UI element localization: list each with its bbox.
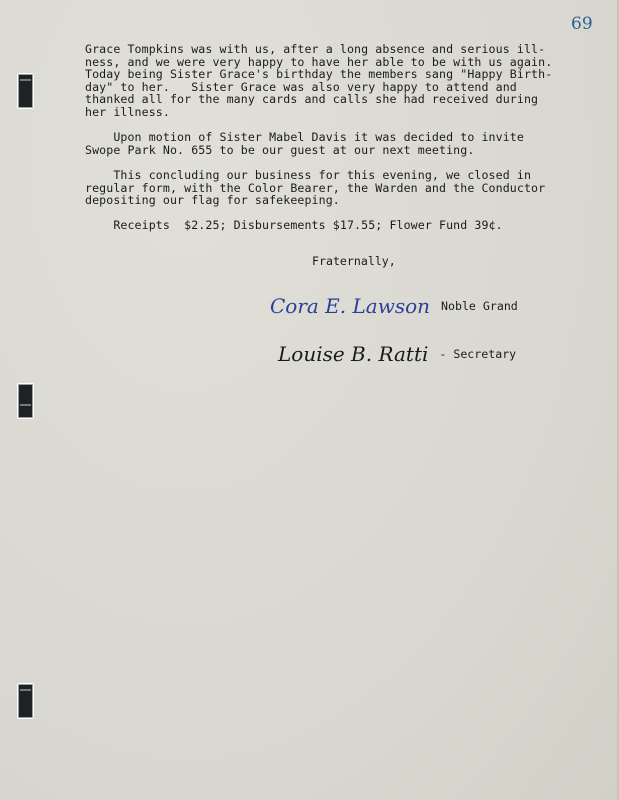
- binder-hole-icon: [17, 73, 34, 109]
- handwritten-signature: Cora E. Lawson: [270, 294, 430, 318]
- handwritten-signature: Louise B. Ratti: [278, 342, 428, 366]
- signature-noble-grand: Cora E. Lawson Noble Grand: [270, 294, 518, 318]
- document-page: 69 Grace Tompkins was with us, after a l…: [0, 0, 619, 800]
- signature-secretary: Louise B. Ratti - Secretary: [278, 342, 516, 366]
- page-number: 69: [571, 14, 593, 34]
- closing-salutation: Fraternally,: [312, 254, 396, 268]
- signature-title: Noble Grand: [441, 299, 518, 313]
- paragraph-grace-tompkins: Grace Tompkins was with us, after a long…: [85, 43, 565, 119]
- minutes-body: Grace Tompkins was with us, after a long…: [85, 43, 565, 245]
- binder-hole-icon: [17, 683, 34, 719]
- binder-hole-icon: [17, 383, 34, 419]
- paragraph-closing-business: This concluding our business for this ev…: [85, 169, 565, 207]
- signature-title: - Secretary: [439, 347, 516, 361]
- paragraph-motion: Upon motion of Sister Mabel Davis it was…: [85, 131, 565, 156]
- paragraph-receipts: Receipts $2.25; Disbursements $17.55; Fl…: [85, 219, 565, 232]
